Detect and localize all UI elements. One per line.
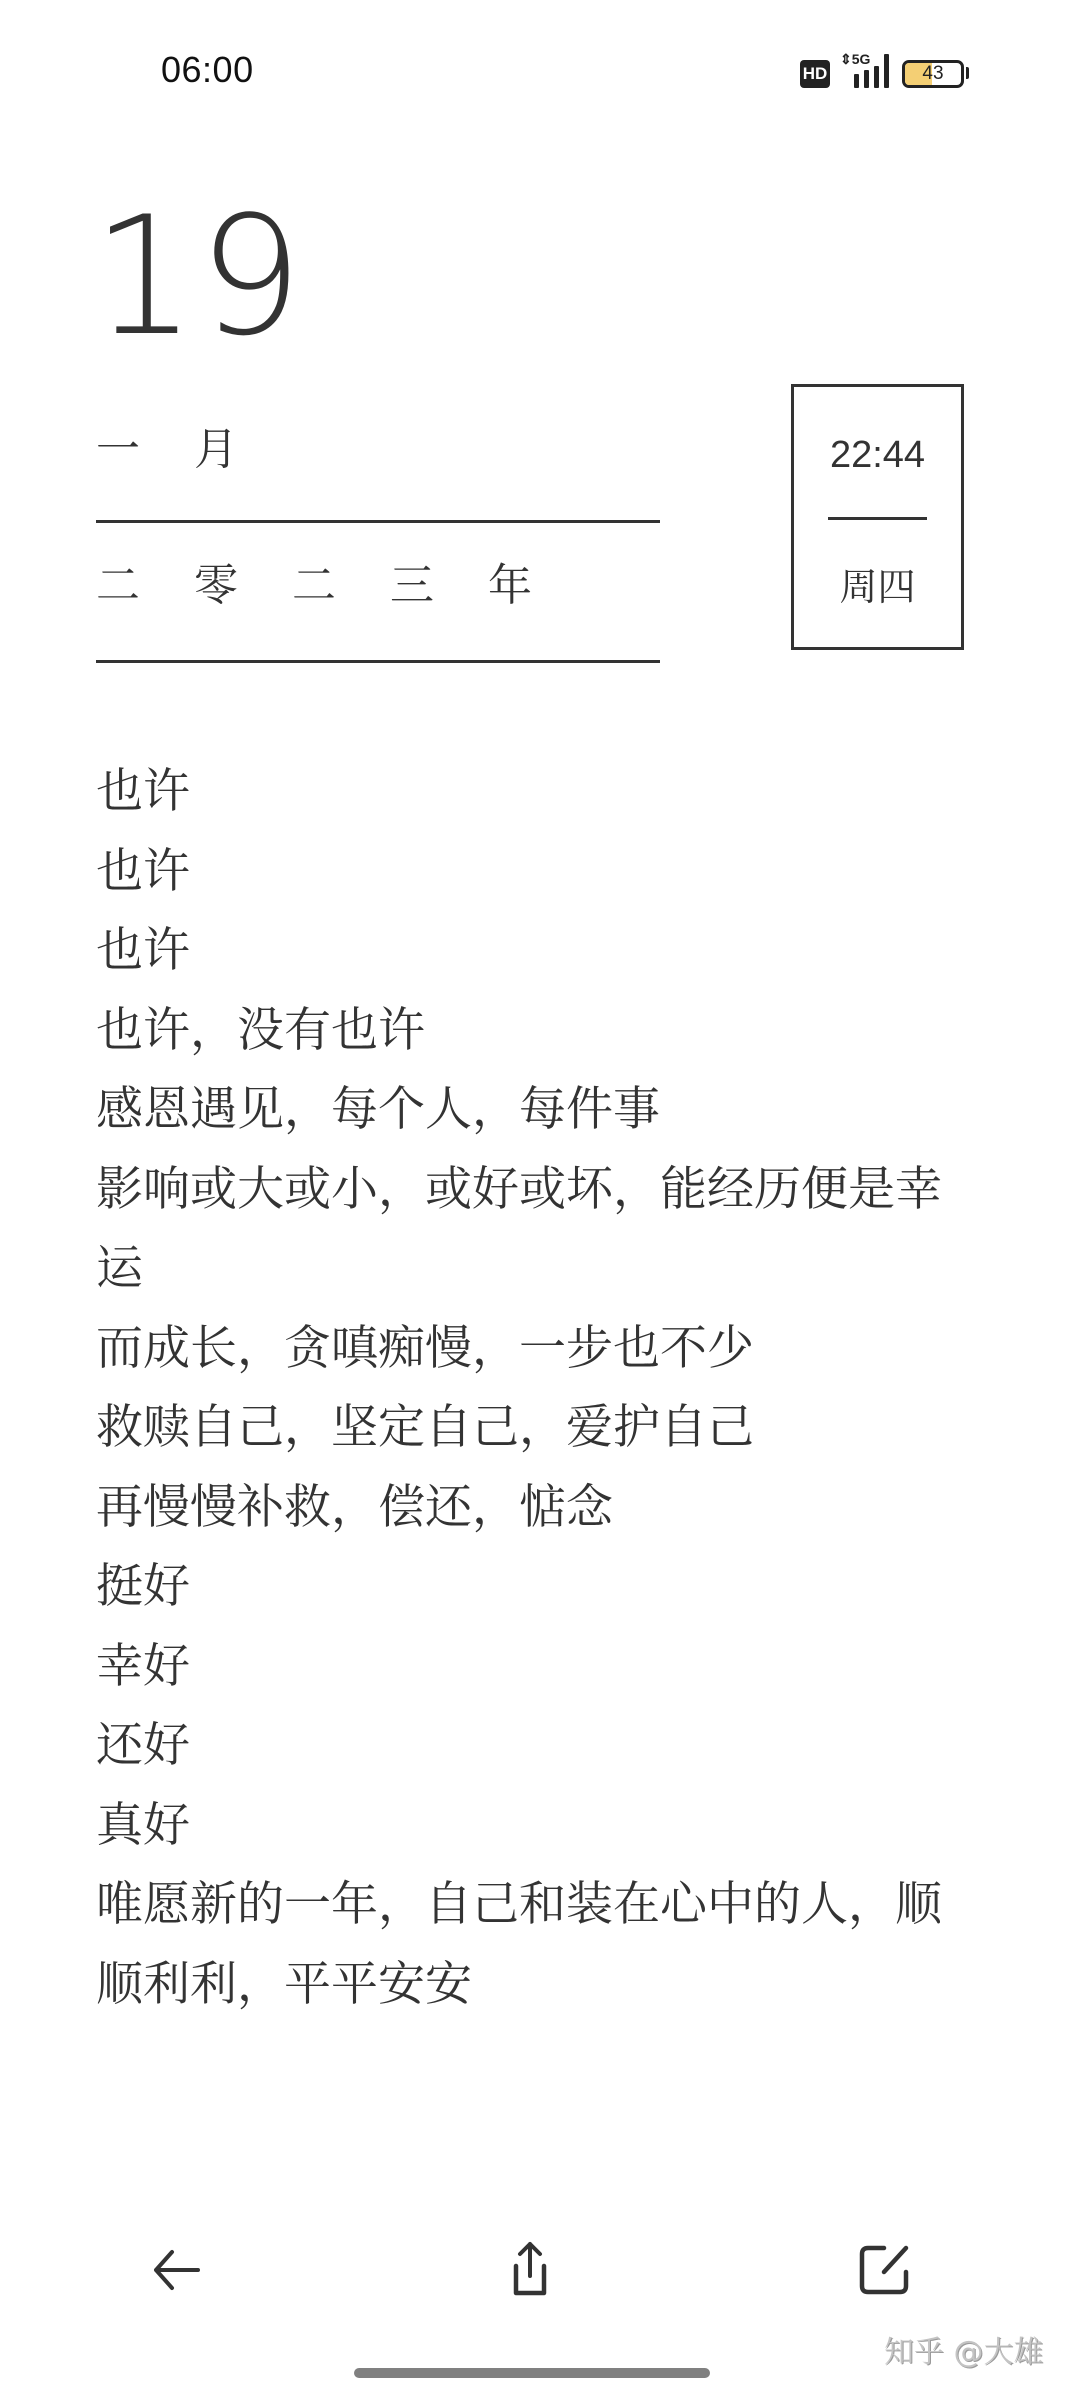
edit-button[interactable]	[834, 2220, 934, 2320]
note-line: 影响或大或小，或好或坏，能经历便是幸	[96, 1150, 996, 1230]
note-line: 真好	[96, 1786, 996, 1866]
note-line: 运	[96, 1229, 996, 1309]
edit-icon	[854, 2240, 914, 2300]
status-bar: 06:00 HD ⇕5G 43	[0, 0, 1080, 140]
back-arrow-icon	[146, 2240, 206, 2300]
watermark: 知乎 @大雄	[884, 2335, 1044, 2371]
month-label: 一 月	[96, 420, 258, 480]
note-line: 也许	[96, 752, 996, 832]
year-divider	[96, 660, 660, 663]
note-line: 挺好	[96, 1547, 996, 1627]
note-line: 再慢慢补救，偿还，惦念	[96, 1468, 996, 1548]
note-line: 而成长，贪嗔痴慢，一步也不少	[96, 1309, 996, 1389]
back-button[interactable]	[126, 2220, 226, 2320]
weekday-label: 周四	[794, 565, 961, 609]
signal-5g-icon: ⇕5G	[840, 54, 888, 88]
battery-tip	[966, 67, 969, 79]
note-line: 也许，没有也许	[96, 991, 996, 1071]
note-line: 救赎自己，坚定自己，爱护自己	[96, 1388, 996, 1468]
network-type-label: ⇕5G	[840, 52, 870, 66]
bottom-toolbar	[0, 2220, 1080, 2330]
note-time: 22:44	[794, 433, 961, 477]
time-divider	[828, 517, 927, 520]
battery-level: 43	[905, 63, 961, 85]
time-weekday-box: 22:44 周四	[791, 384, 964, 650]
day-number: 19	[92, 192, 305, 362]
note-line: 顺利利，平平安安	[96, 1945, 996, 2025]
note-line: 还好	[96, 1706, 996, 1786]
hd-icon: HD	[800, 60, 830, 88]
year-label: 二 零 二 三 年	[96, 556, 552, 616]
share-button[interactable]	[480, 2220, 580, 2320]
note-line: 感恩遇见，每个人，每件事	[96, 1070, 996, 1150]
note-line: 也许	[96, 832, 996, 912]
home-indicator[interactable]	[354, 2368, 710, 2378]
battery-icon: 43	[902, 60, 964, 88]
status-icons: HD ⇕5G 43	[800, 54, 969, 88]
status-time: 06:00	[161, 50, 254, 90]
note-line: 也许	[96, 911, 996, 991]
note-body[interactable]: 也许 也许 也许 也许，没有也许 感恩遇见，每个人，每件事 影响或大或小，或好或…	[96, 752, 996, 2024]
note-line: 唯愿新的一年，自己和装在心中的人，顺	[96, 1865, 996, 1945]
note-line: 幸好	[96, 1627, 996, 1707]
month-divider	[96, 520, 660, 523]
share-icon	[500, 2240, 560, 2300]
